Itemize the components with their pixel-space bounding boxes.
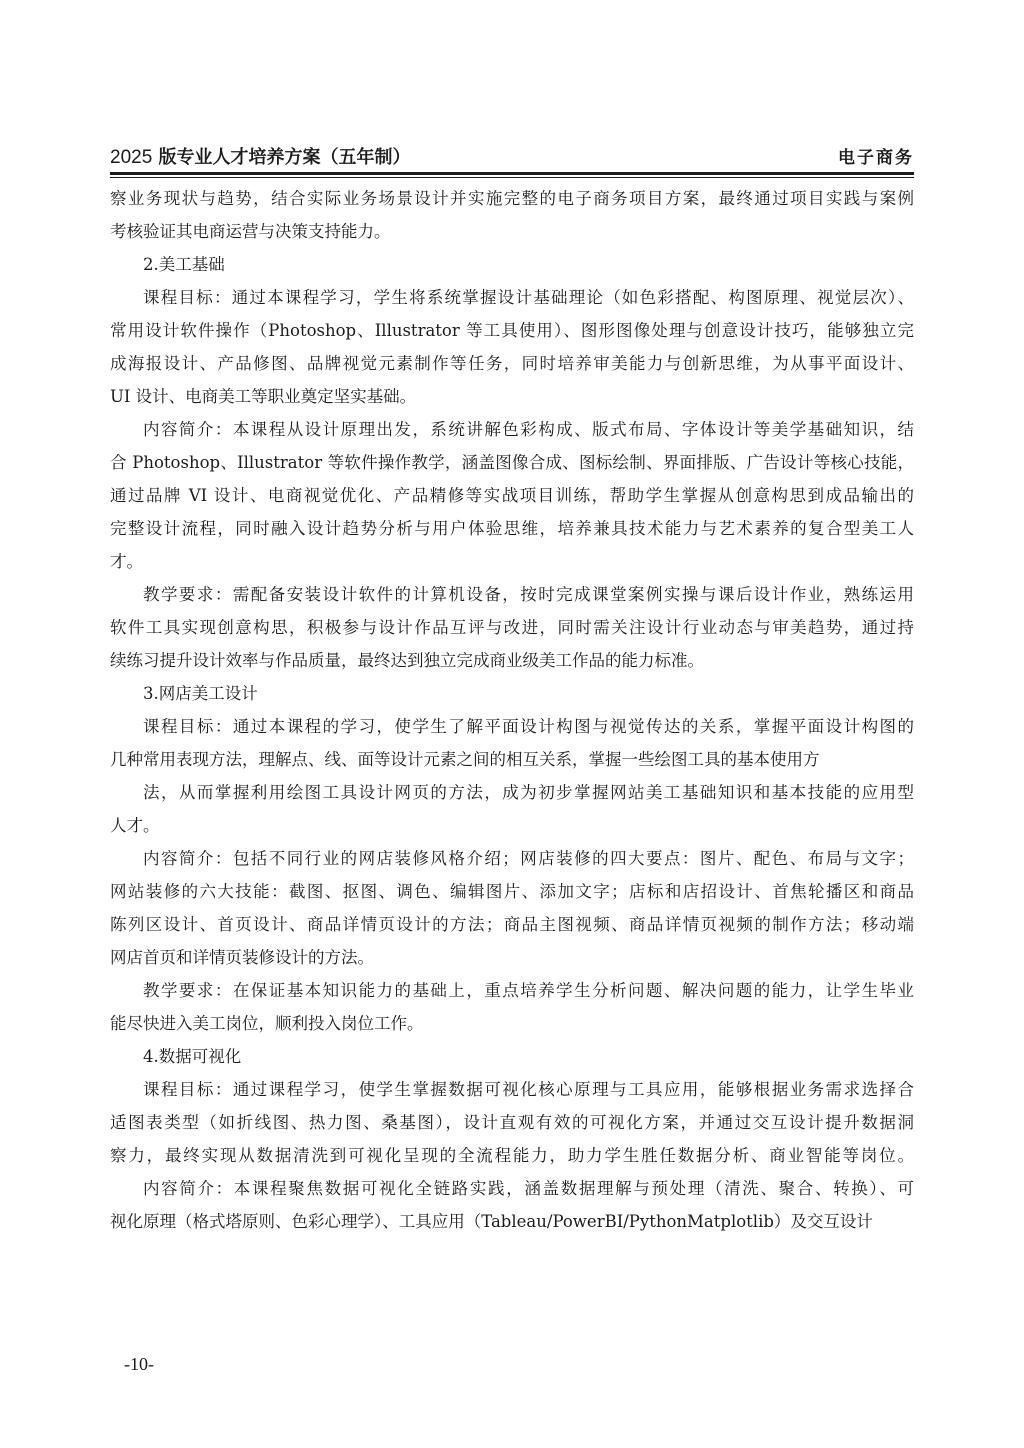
body-line: UI 设计、电商美工等职业奠定坚实基础。 [110, 380, 914, 413]
header-section: 电子商务 [838, 145, 914, 171]
header-year: 2025 [110, 147, 152, 168]
body-line: 2.美工基础 [110, 248, 914, 281]
body-line: 完整设计流程，同时融入设计趋势分析与用户体验思维，培养兼具技术能力与艺术素养的复… [110, 512, 914, 545]
body-line: 视化原理（格式塔原则、色彩心理学）、工具应用（Tableau/PowerBI/P… [110, 1205, 914, 1238]
body-line: 法，从而掌握利用绘图工具设计网页的方法，成为初步掌握网站美工基础知识和基本技能的… [110, 776, 914, 809]
body-line: 人才。 [110, 809, 914, 842]
body-line: 内容简介：包括不同行业的网店装修风格介绍；网店装修的四大要点：图片、配色、布局与… [110, 842, 914, 875]
body-line: 3.网店美工设计 [110, 677, 914, 710]
header-title: 2025 版专业人才培养方案（五年制） [110, 145, 411, 171]
body-line: 才。 [110, 545, 914, 578]
header-rule-thick [110, 172, 914, 175]
body-line: 考核验证其电商运营与决策支持能力。 [110, 215, 914, 248]
body-line: 几种常用表现方法，理解点、线、面等设计元素之间的相互关系，掌握一些绘图工具的基本… [110, 743, 914, 776]
body-line: 网店首页和详情页装修设计的方法。 [110, 941, 914, 974]
body-line: 陈列区设计、首页设计、商品详情页设计的方法；商品主图视频、商品详情页视频的制作方… [110, 908, 914, 941]
body-line: 软件工具实现创意构思，积极参与设计作品互评与改进，同时需关注设计行业动态与审美趋… [110, 611, 914, 644]
body-line: 网站装修的六大技能：截图、抠图、调色、编辑图片、添加文字；店标和店招设计、首焦轮… [110, 875, 914, 908]
body-line: 察业务现状与趋势，结合实际业务场景设计并实施完整的电子商务项目方案，最终通过项目… [110, 182, 914, 215]
body-line: 教学要求：需配备安装设计软件的计算机设备，按时完成课堂案例实操与课后设计作业，熟… [110, 578, 914, 611]
body-line: 成海报设计、产品修图、品牌视觉元素制作等任务，同时培养审美能力与创新思维，为从事… [110, 347, 914, 380]
body-line: 内容简介：本课程聚焦数据可视化全链路实践，涵盖数据理解与预处理（清洗、聚合、转换… [110, 1172, 914, 1205]
body-line: 能尽快进入美工岗位，顺利投入岗位工作。 [110, 1007, 914, 1040]
body-line: 教学要求：在保证基本知识能力的基础上，重点培养学生分析问题、解决问题的能力，让学… [110, 974, 914, 1007]
page-number: -10- [124, 1352, 154, 1376]
body-text: 察业务现状与趋势，结合实际业务场景设计并实施完整的电子商务项目方案，最终通过项目… [110, 182, 914, 1238]
body-line: 课程目标：通过本课程学习，学生将系统掌握设计基础理论（如色彩搭配、构图原理、视觉… [110, 281, 914, 314]
body-line: 常用设计软件操作（Photoshop、Illustrator 等工具使用）、图形… [110, 314, 914, 347]
body-line: 适图表类型（如折线图、热力图、桑基图），设计直观有效的可视化方案，并通过交互设计… [110, 1106, 914, 1139]
running-header: 2025 版专业人才培养方案（五年制） 电子商务 [110, 145, 914, 171]
body-line: 合 Photoshop、Illustrator 等软件操作教学，涵盖图像合成、图… [110, 446, 914, 479]
body-line: 内容简介：本课程从设计原理出发，系统讲解色彩构成、版式布局、字体设计等美学基础知… [110, 413, 914, 446]
document-page: 2025 版专业人才培养方案（五年制） 电子商务 察业务现状与趋势，结合实际业务… [0, 0, 1024, 1448]
body-line: 课程目标：通过本课程的学习，使学生了解平面设计构图与视觉传达的关系，掌握平面设计… [110, 710, 914, 743]
body-line: 4.数据可视化 [110, 1040, 914, 1073]
body-line: 续练习提升设计效率与作品质量，最终达到独立完成商业级美工作品的能力标准。 [110, 644, 914, 677]
body-line: 通过品牌 VI 设计、电商视觉优化、产品精修等实战项目训练，帮助学生掌握从创意构… [110, 479, 914, 512]
header-title-text: 版专业人才培养方案（五年制） [152, 147, 410, 168]
header-rule-thin [110, 177, 914, 178]
body-line: 课程目标：通过课程学习，使学生掌握数据可视化核心原理与工具应用，能够根据业务需求… [110, 1073, 914, 1106]
body-line: 察力，最终实现从数据清洗到可视化呈现的全流程能力，助力学生胜任数据分析、商业智能… [110, 1139, 914, 1172]
